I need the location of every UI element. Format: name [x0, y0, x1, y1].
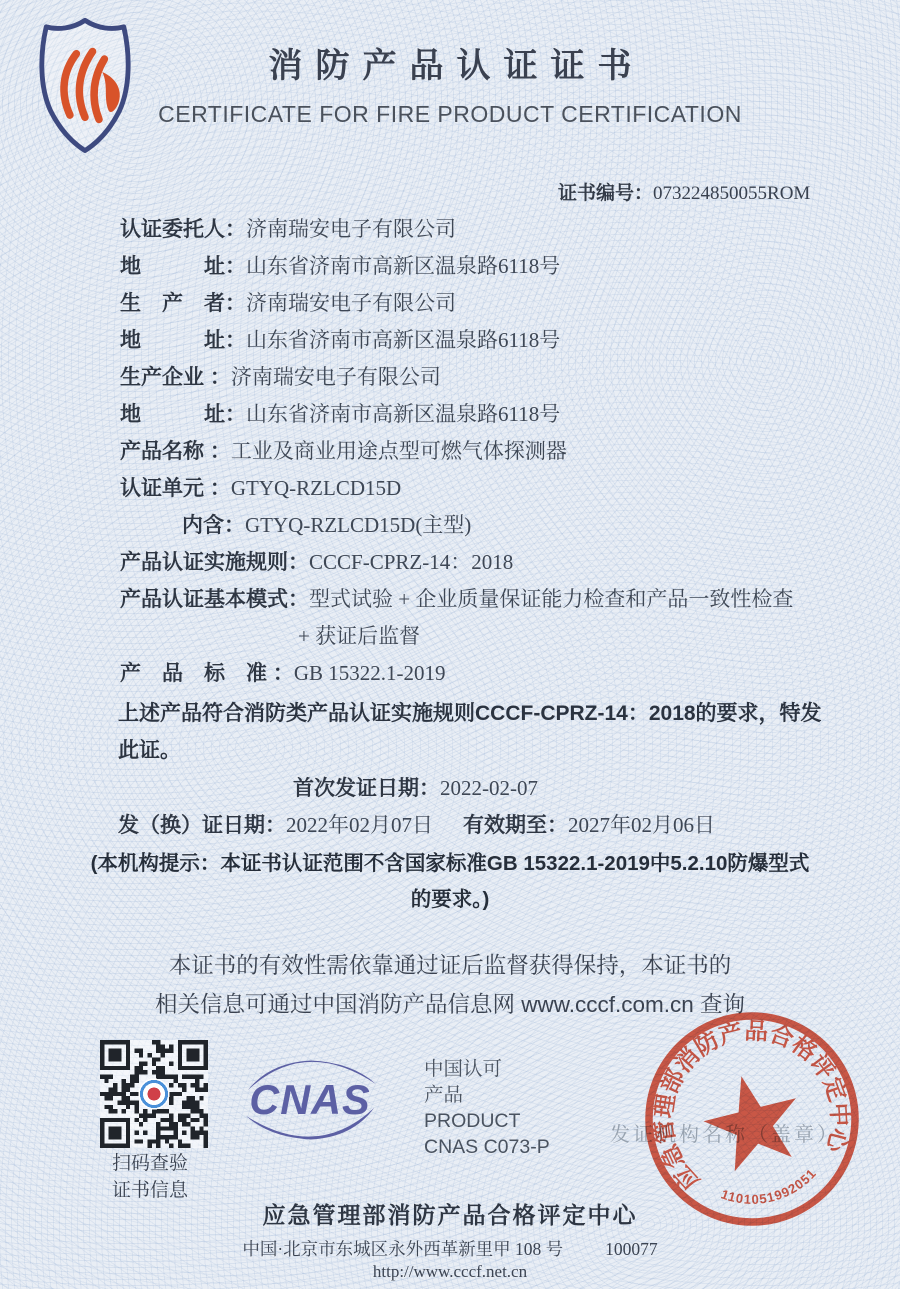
field-label: 生 产 者： [120, 292, 246, 315]
conformity-statement: 上述产品符合消防类产品认证实施规则CCCF-CPRZ-14：2018的要求，特发… [118, 695, 863, 769]
field-row-producer: 生 产 者：济南瑞安电子有限公司 [120, 285, 860, 322]
page-title: 消防产品认证证书 [0, 38, 900, 87]
footer-website-url: http://www.cccf.net.cn [0, 1262, 900, 1282]
reissue-date-value: 2022年02月07日 [286, 813, 433, 837]
first-issue-date-label: 首次发证日期： [293, 777, 440, 800]
qr-caption-line1: 扫码查验 [112, 1150, 188, 1177]
validity-statement-line1: 本证书的有效性需依靠通过证后监督获得保持，本证书的 [0, 946, 900, 985]
field-label: 产品认证实施规则： [120, 551, 309, 574]
conformity-statement-line1: 上述产品符合消防类产品认证实施规则CCCF-CPRZ-14：2018的要求，特发 [118, 695, 863, 732]
field-row-manufacturer: 生产企业 ：济南瑞安电子有限公司 [120, 359, 860, 396]
reissue-date-row: 发（换）证日期：2022年02月07日有效期至：2027年02月06日 [118, 807, 715, 844]
agency-note-line2: 的要求。) [50, 882, 850, 918]
field-value: 山东省济南市高新区温泉路6118号 [246, 254, 560, 278]
conformity-statement-line2: 此证。 [118, 732, 863, 769]
field-value: 型式试验 + 企业质量保证能力检查和产品一致性检查 [309, 587, 793, 611]
field-value: 济南瑞安电子有限公司 [231, 365, 441, 389]
field-row-address-3: 地 址：山东省济南市高新区温泉路6118号 [120, 396, 860, 433]
cnas-line1: 中国认可 [424, 1056, 550, 1082]
cnas-line3: PRODUCT [424, 1108, 550, 1134]
field-label: 内含： [182, 514, 245, 537]
footer-address: 中国·北京市东城区永外西革新里甲 108 号 [242, 1239, 563, 1259]
field-value: 山东省济南市高新区温泉路6118号 [246, 402, 560, 426]
field-row-product-standard: 产 品 标 准 ：GB 15322.1-2019 [120, 655, 860, 692]
cnas-wordmark: CNAS [249, 1076, 370, 1123]
field-value: GB 15322.1-2019 [294, 661, 446, 685]
field-label: 生产企业 ： [120, 366, 231, 389]
field-row-implementation-rule: 产品认证实施规则：CCCF-CPRZ-14：2018 [120, 544, 860, 581]
valid-until-label: 有效期至： [463, 814, 568, 837]
field-label: 认证单元 ： [120, 477, 231, 500]
qr-code [100, 1040, 208, 1148]
footer-address-row: 中国·北京市东城区永外西革新里甲 108 号100077 [0, 1236, 900, 1261]
field-value: 山东省济南市高新区温泉路6118号 [246, 328, 560, 352]
field-value: 工业及商业用途点型可燃气体探测器 [231, 439, 567, 463]
reissue-date-label: 发（换）证日期： [118, 814, 286, 837]
field-row-address-1: 地 址：山东省济南市高新区温泉路6118号 [120, 248, 860, 285]
field-row-certification-unit: 认证单元 ：GTYQ-RZLCD15D [120, 470, 860, 507]
field-row-address-2: 地 址：山东省济南市高新区温泉路6118号 [120, 322, 860, 359]
certificate-number: 证书编号：073224850055ROM [558, 178, 810, 205]
field-row-applicant: 认证委托人：济南瑞安电子有限公司 [120, 211, 860, 248]
first-issue-date-value: 2022-02-07 [440, 776, 538, 800]
field-row-product-name: 产品名称 ：工业及商业用途点型可燃气体探测器 [120, 433, 860, 470]
field-label: 产品认证基本模式： [120, 588, 309, 611]
field-label: 产 品 标 准 ： [120, 662, 294, 685]
certificate-number-label: 证书编号： [558, 183, 653, 204]
valid-until-value: 2027年02月06日 [568, 813, 715, 837]
certificate-fields: 认证委托人：济南瑞安电子有限公司 地 址：山东省济南市高新区温泉路6118号 生… [120, 211, 860, 692]
field-row-certification-mode-cont: + 获证后监督 [120, 618, 860, 655]
field-value: 济南瑞安电子有限公司 [246, 291, 456, 315]
field-row-included-models: 内含：GTYQ-RZLCD15D(主型) [120, 507, 860, 544]
field-label: 地 址： [120, 255, 246, 278]
agency-note-line1: (本机构提示：本证书认证范围不含国家标准GB 15322.1-2019中5.2.… [50, 846, 850, 882]
agency-note: (本机构提示：本证书认证范围不含国家标准GB 15322.1-2019中5.2.… [50, 846, 850, 918]
field-label: 地 址： [120, 403, 246, 426]
field-label: 产品名称 ： [120, 440, 231, 463]
field-value: CCCF-CPRZ-14：2018 [309, 550, 513, 574]
field-value: GTYQ-RZLCD15D [231, 476, 401, 500]
field-label: 地 址： [120, 329, 246, 352]
certificate-page: 消防产品认证证书 CERTIFICATE FOR FIRE PRODUCT CE… [0, 0, 900, 1289]
certificate-number-value: 073224850055ROM [653, 183, 810, 204]
field-row-certification-mode: 产品认证基本模式：型式试验 + 企业质量保证能力检查和产品一致性检查 [120, 581, 860, 618]
field-value: + 获证后监督 [298, 624, 420, 648]
cnas-line4: CNAS C073-P [424, 1134, 550, 1160]
qr-caption: 扫码查验 证书信息 [112, 1150, 188, 1204]
cnas-accreditation-text: 中国认可 产品 PRODUCT CNAS C073-P [424, 1056, 550, 1160]
page-subtitle: CERTIFICATE FOR FIRE PRODUCT CERTIFICATI… [0, 101, 900, 128]
field-value: 济南瑞安电子有限公司 [246, 217, 456, 241]
cnas-logo-icon: CNAS [236, 1050, 384, 1150]
footer-postcode: 100077 [605, 1239, 658, 1259]
first-issue-date-row: 首次发证日期：2022-02-07 [293, 770, 538, 807]
field-label: 认证委托人： [120, 218, 246, 241]
field-value: GTYQ-RZLCD15D(主型) [245, 513, 471, 537]
cnas-line2: 产品 [424, 1082, 550, 1108]
